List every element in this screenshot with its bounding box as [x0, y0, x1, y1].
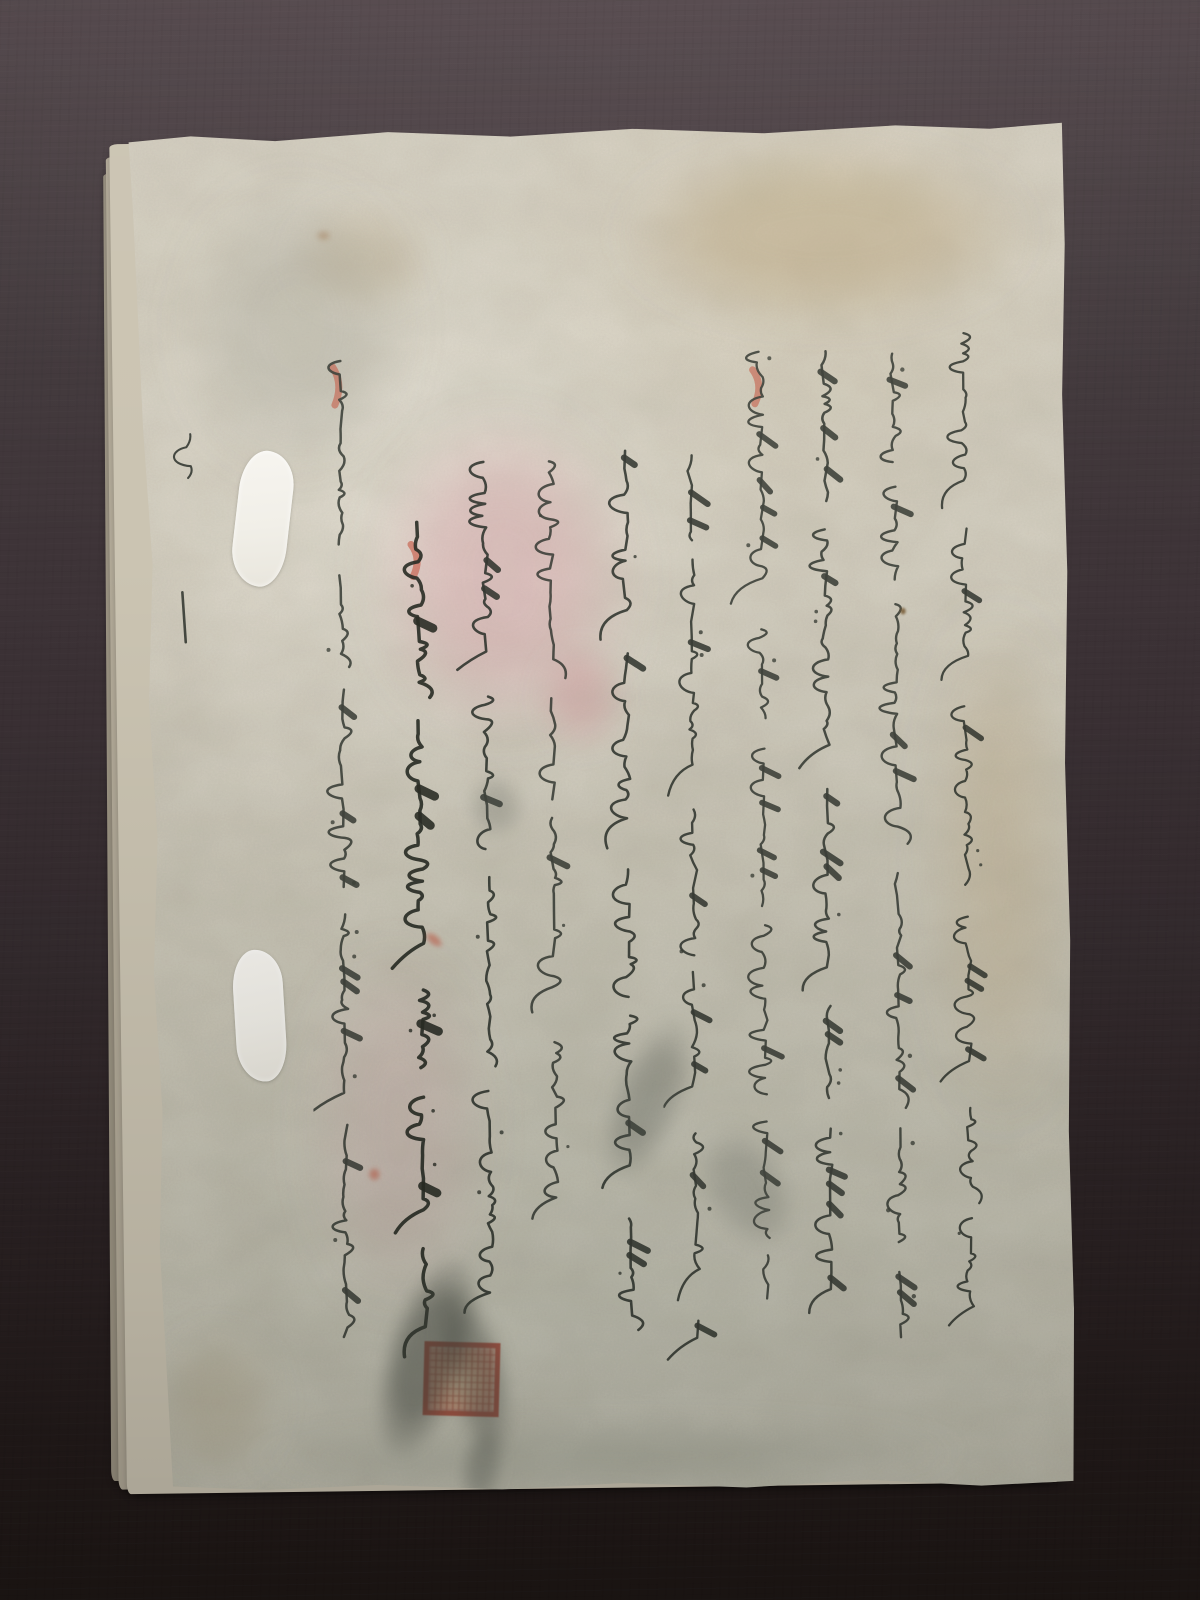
gray-mottle-top-left [140, 131, 453, 523]
white-patch-1 [228, 448, 297, 589]
stain-layer-under [125, 121, 1076, 1493]
script-column-4 [727, 345, 799, 1325]
tan-stain-bottom-left [139, 1302, 301, 1503]
patch-layer [125, 121, 1076, 1493]
script-column-3 [791, 345, 863, 1375]
stain-layer-over [125, 121, 1076, 1493]
tan-stain-right [913, 521, 1088, 1212]
script-column-7 [518, 455, 588, 1270]
photo [0, 0, 1200, 1600]
seal-script-lines [428, 1346, 496, 1412]
manuscript-page-stack [0, 0, 1200, 1600]
gray-band-bottom [125, 1409, 1086, 1502]
script-column-10 [307, 355, 379, 1380]
manuscript-page [125, 121, 1076, 1493]
script-column-5 [658, 449, 729, 1369]
pink-stain-center [327, 359, 680, 792]
white-patch-2 [231, 948, 289, 1083]
ink-smudge-seal-tail [446, 1402, 520, 1529]
margin-stroke [173, 590, 193, 652]
red-dot [366, 1165, 383, 1184]
script-column-2 [861, 347, 933, 1362]
tan-stain-top [555, 111, 1097, 355]
pink-stain-lower-left [281, 886, 515, 1368]
script-layer [125, 121, 1076, 1493]
ink-smudge-diagonal [560, 971, 737, 1229]
brown-fleck [898, 606, 907, 617]
ink-smudge-right [653, 1082, 840, 1295]
tan-stain-top-left [265, 181, 456, 332]
brown-fleck-top [314, 229, 334, 242]
ink-smudge-mid [458, 764, 534, 850]
script-column-1 [931, 327, 1003, 1342]
red-seal-stamp [423, 1341, 501, 1417]
script-column-9 [386, 516, 457, 1361]
script-column-6 [592, 445, 663, 1345]
red-slash-mid [418, 924, 451, 955]
script-column-8 [452, 456, 523, 1351]
margin-mark-1 [157, 428, 222, 514]
paper-texture [125, 121, 1076, 1493]
pink-stain-small [524, 625, 640, 771]
